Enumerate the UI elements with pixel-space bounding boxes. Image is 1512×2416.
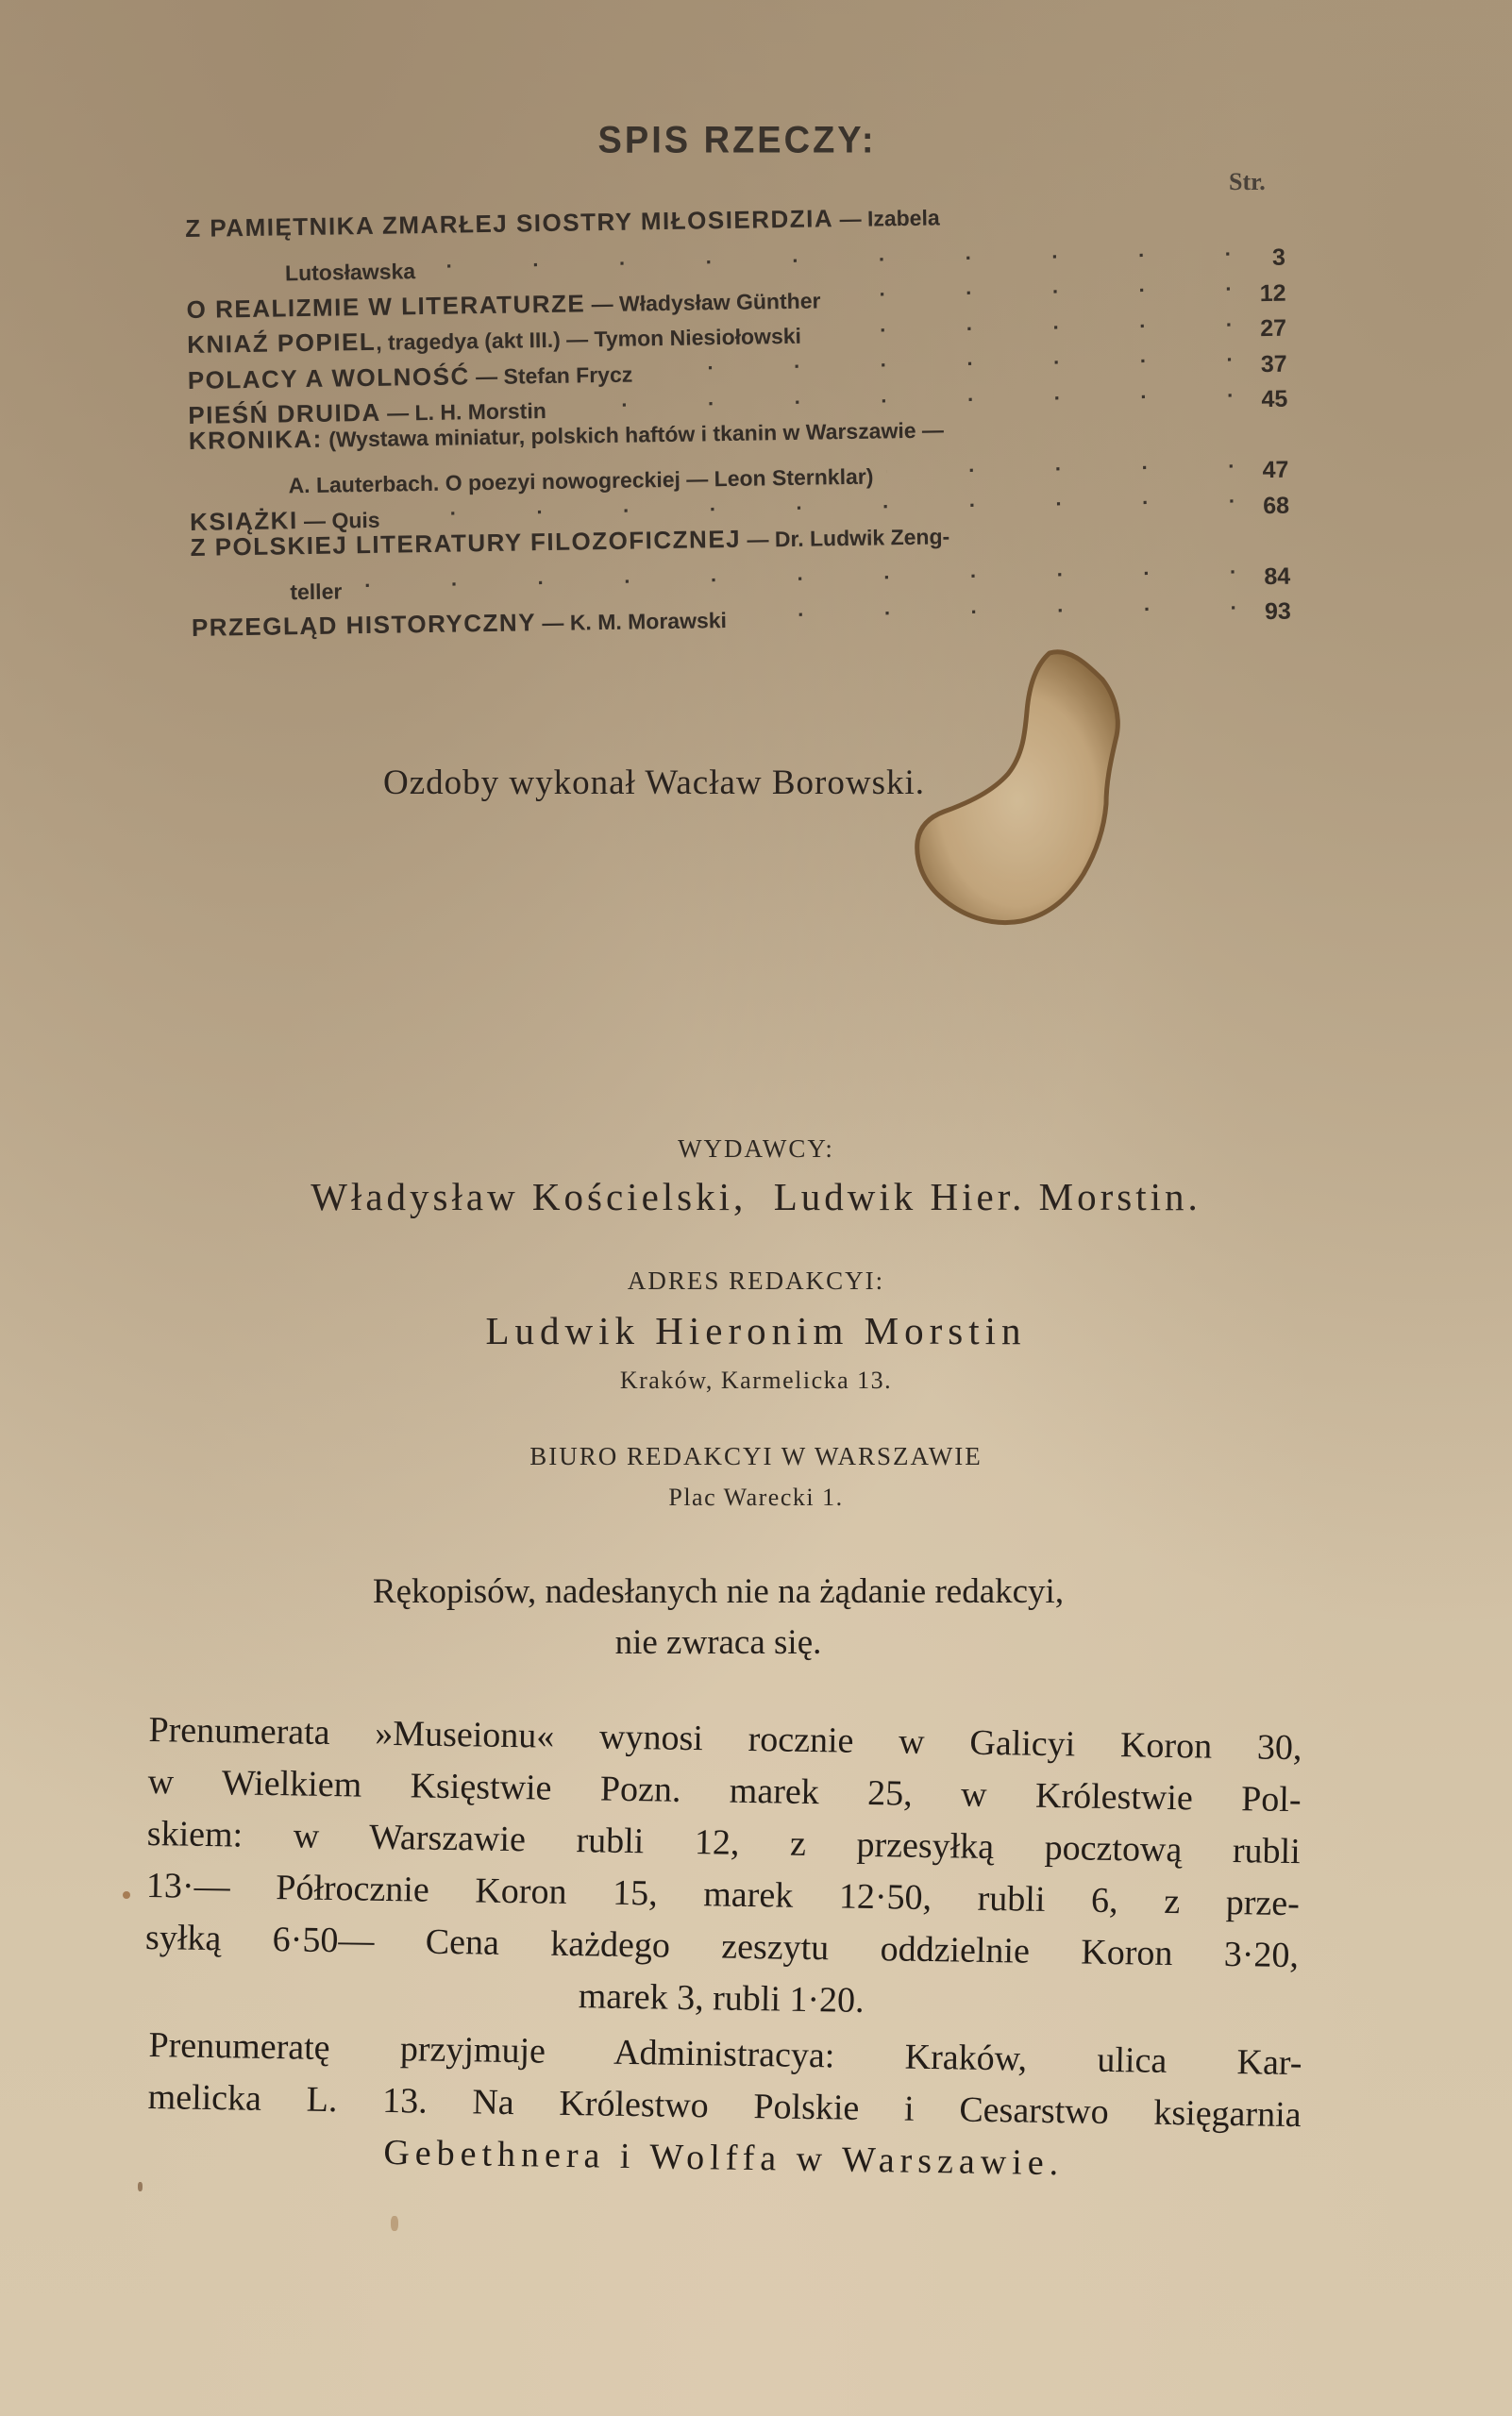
notice-line-1: Rękopisów, nadesłanych nie na żądanie re… [0,1567,1474,1618]
editorial-name-row: Ludwik Hieronim Morstin [0,1308,1512,1353]
toc-entry-title: PRZEGLĄD HISTORYCZNY [192,608,537,642]
toc-entry-author-continued: Lutosławska [285,254,416,292]
toc-entry-title: Z POLSKIEJ LITERATURY FILOZOFICZNEJ [190,524,741,561]
toc-entry-author-continued: teller [290,574,343,610]
toc-entry-page: 37 [1245,346,1287,382]
editorial-address-section: ADRES REDAKCYI: [0,1267,1512,1296]
paper-speck [391,2216,398,2231]
paper-stain-icon [849,642,1133,934]
toc-entry-separator: — [741,527,775,552]
toc-entry-subtitle: , tragedya (akt III.) [376,327,561,355]
manuscript-notice: Rękopisów, nadesłanych nie na żądanie re… [0,1567,1474,1669]
toc-entry-title: KRONIKA: [189,425,323,455]
warsaw-office-address-row: Plac Warecki 1. [0,1484,1512,1512]
administration-paragraph: Prenumeratę przyjmuje Administracya: Kra… [146,2020,1302,2193]
publishers-names-row: Władysław Kościelski, Ludwik Hier. Morst… [0,1174,1512,1219]
warsaw-office-section: BIURO REDAKCYI W WARSZAWIE [0,1442,1512,1471]
toc-entry-author: Dr. Ludwik Zeng- [775,524,950,551]
toc-entry-author: Izabela [867,205,940,230]
toc-entry-page: 3 [1244,241,1286,277]
warsaw-office-address: Plac Warecki 1. [0,1484,1512,1512]
toc-entry-separator: — [833,207,867,232]
toc-entry-page: 27 [1245,311,1287,347]
toc-entry-separator: — [470,363,504,389]
paper-speck [123,1891,130,1899]
toc-entry-separator: — [585,291,619,316]
publishers-section: WYDAWCY: [0,1134,1512,1164]
toc-entry-separator: — [561,327,595,352]
warsaw-office-label: BIURO REDAKCYI W WARSZAWIE [0,1442,1512,1471]
toc-entry-author: K. M. Morawski [570,608,728,635]
illustration-credits: Ozdoby wykonał Wacław Borowski. [383,763,925,803]
toc-entry-page: 84 [1249,559,1291,595]
editorial-address-label: ADRES REDAKCYI: [0,1267,1512,1296]
toc-entry-title: KNIAŹ POPIEL [187,327,376,359]
toc-entry-page: 93 [1250,595,1292,630]
toc-entry-title: POLACY A WOLNOŚĆ [188,361,470,394]
toc-entry-author: Władysław Günther [619,288,821,315]
toc-entry-separator: — [536,611,570,636]
toc-title: SPIS RZECZY: [0,120,1493,162]
editorial-address-row: Kraków, Karmelicka 13. [0,1367,1512,1395]
toc-entry-page: 12 [1244,276,1286,311]
page: SPIS RZECZY: Str. Z PAMIĘTNIKA ZMARŁEJ S… [0,0,1512,2416]
toc-entry-page: 68 [1248,488,1290,524]
subscription-paragraph: Prenumerata »Museionu« wynosi rocznie w … [144,1704,1302,2034]
publishers-names: Władysław Kościelski, Ludwik Hier. Morst… [0,1174,1512,1219]
editorial-name: Ludwik Hieronim Morstin [0,1308,1512,1353]
toc-entry-page: 45 [1246,382,1288,418]
paper-speck [138,2182,143,2191]
editorial-address: Kraków, Karmelicka 13. [0,1367,1512,1395]
toc-entry-title: Z PAMIĘTNIKA ZMARŁEJ SIOSTRY MIŁOSIERDZI… [185,204,833,243]
toc-entry-subtitle: (Wystawa miniatur, polskich haftów i tka… [323,417,945,451]
toc-entry-title: O REALIZMIE W LITERATURZE [186,289,585,324]
leader-dots [739,584,1235,628]
notice-line-2: nie zwraca się. [0,1618,1474,1669]
toc-page-column-header: Str. [1229,168,1266,196]
table-of-contents: Z PAMIĘTNIKA ZMARŁEJ SIOSTRY MIŁOSIERDZI… [185,194,1291,636]
leader-dots [886,443,1235,483]
toc-entry-page: 47 [1247,453,1289,489]
publishers-label: WYDAWCY: [0,1134,1512,1164]
